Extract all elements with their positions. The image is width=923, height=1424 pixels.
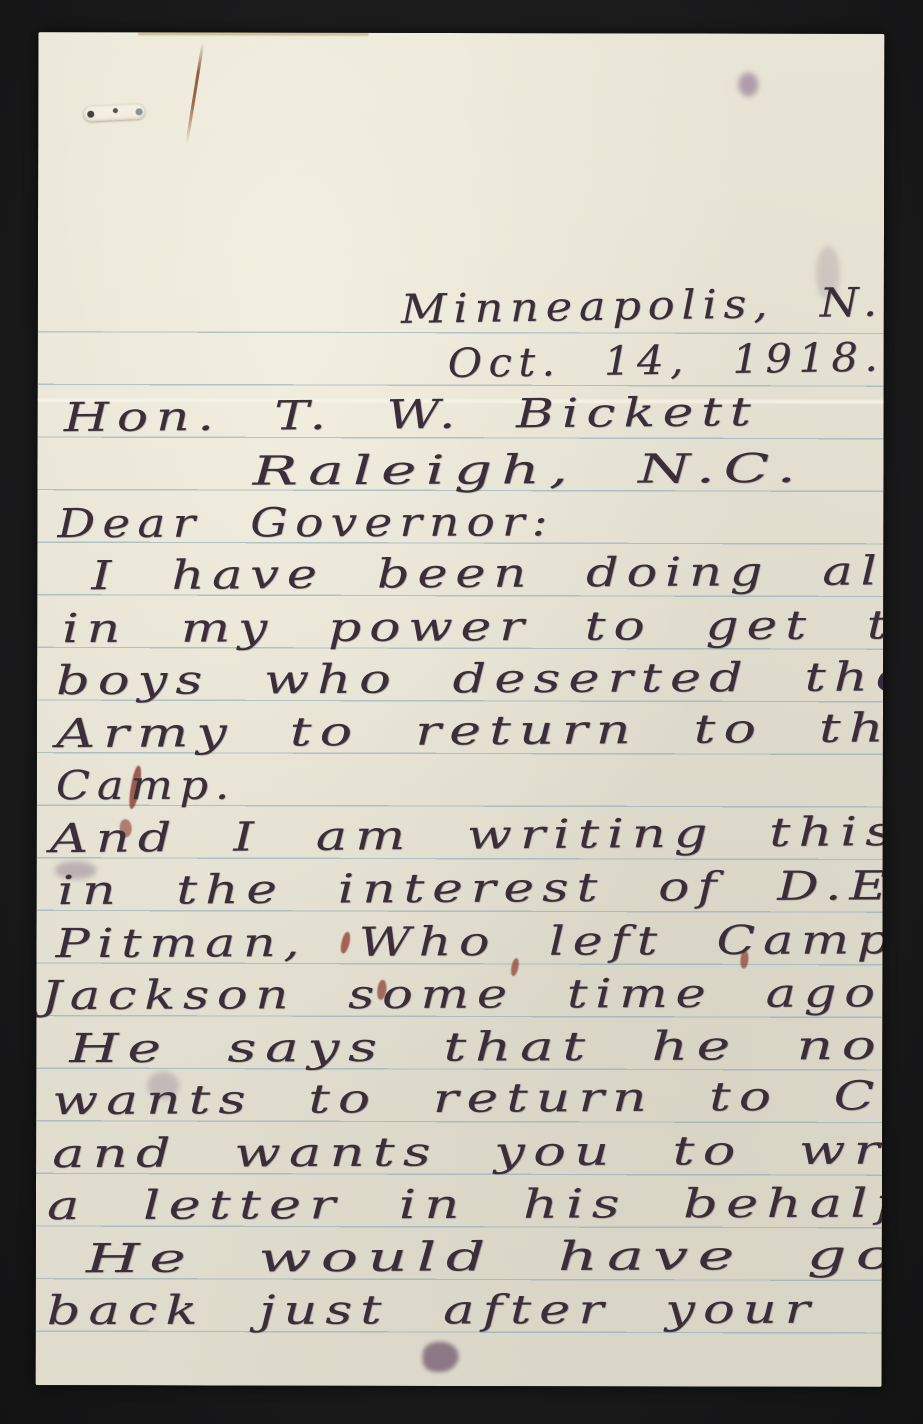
handwriting-line: and wants you to write: [52, 1130, 885, 1174]
ink-smudge-top-right: [738, 73, 758, 97]
scan-background: Minneapolis, N.C. Oct. 14, 1918. Hon. T.…: [0, 0, 923, 1424]
handwriting-line: Army to return to the: [56, 708, 885, 754]
handwriting-line: a letter in his behalf,: [47, 1183, 885, 1226]
ink-blob-bottom: [423, 1342, 459, 1372]
handwriting-recipient: Hon. T. W. Bickett: [63, 392, 759, 438]
handwriting-line: in the interest of D.E.: [57, 866, 884, 911]
handwriting-line: He says that he now: [69, 1026, 884, 1070]
staple-mark: [83, 103, 146, 122]
handwriting-line: Jackson some time ago.: [41, 973, 884, 1016]
handwriting-line: He would have gone: [86, 1235, 885, 1279]
handwriting-line: I have been doing all: [91, 551, 884, 596]
handwriting-city: Raleigh, N.C.: [252, 449, 805, 492]
handwriting-line: in my power to get the: [62, 605, 884, 649]
letter-paper: Minneapolis, N.C. Oct. 14, 1918. Hon. T.…: [36, 32, 885, 1387]
handwriting-line: back just after your: [47, 1290, 818, 1331]
handwriting-line: And I am writing this: [49, 812, 884, 859]
handwriting-place: Minneapolis, N.C.: [400, 282, 884, 330]
handwriting-line: boys who deserted the: [56, 657, 885, 701]
handwriting-date: Oct. 14, 1918.: [447, 338, 884, 384]
paper-edge-wear: [138, 32, 368, 35]
handwriting-line: Pitman, Who left Camp: [55, 920, 884, 964]
handwriting-line: wants to return to Camp: [52, 1076, 884, 1122]
handwriting-line: Camp.: [56, 766, 236, 806]
handwriting-salutation: Dear Governor:: [57, 502, 554, 544]
scratch-mark: [185, 43, 204, 144]
